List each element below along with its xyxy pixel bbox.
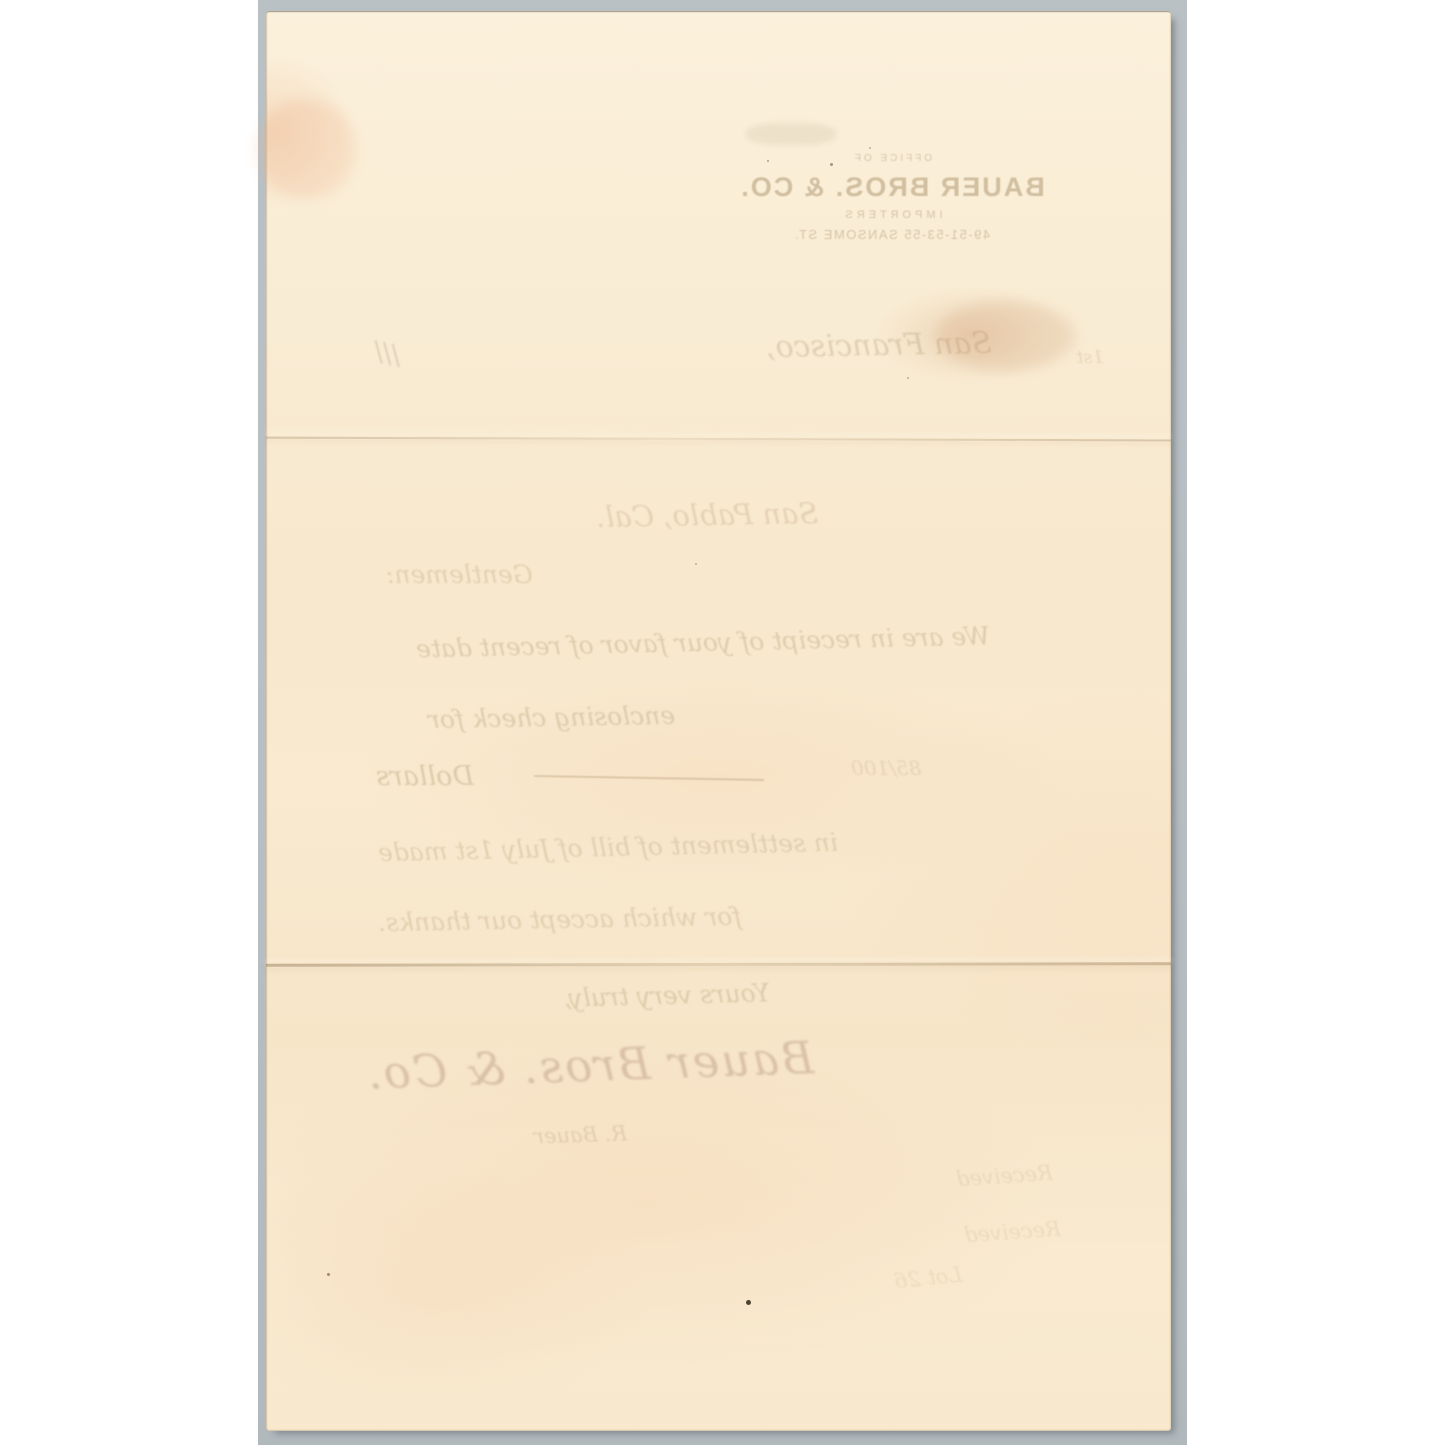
ink-speck [746, 1300, 751, 1305]
closing-ghost: Yours very truly, [564, 978, 771, 1012]
salutation-ghost: Gentlemen: [386, 560, 533, 589]
company-signature-ghost: Bauer Bros. & Co. [365, 1031, 815, 1100]
letterhead-company-name: BAUER BROS. & CO. [692, 172, 1092, 203]
pencil-marks-ghost: /// [371, 337, 403, 372]
body-line4-ghost: for which accept our thanks. [378, 902, 742, 937]
letterhead-importers: IMPORTERS [692, 209, 1092, 221]
letterhead-ghost: OFFICE OF BAUER BROS. & CO. IMPORTERS 49… [692, 153, 1092, 242]
ink-speck [907, 377, 909, 379]
body-line1-ghost: We are in receipt of your favor of recen… [416, 621, 990, 663]
date-mark-ghost: 1st [1076, 347, 1104, 368]
amount-blank-stroke [534, 775, 764, 781]
place-line-ghost: San Pablo, Cal. [596, 496, 819, 534]
body-line3-ghost: in settlement of bill of July 1st made [378, 828, 838, 867]
edge-stain [256, 99, 356, 199]
ghost-line1: Received [955, 1161, 1053, 1192]
ghost-line3: Lot 26 [893, 1262, 964, 1293]
per-signature-ghost: R. Bauer [534, 1121, 628, 1148]
body-line2-ghost: enclosing check for [428, 701, 676, 734]
ghost-line2: Received [963, 1217, 1061, 1248]
letterhead-office-of: OFFICE OF [692, 153, 1092, 164]
brown-stain [936, 301, 1076, 371]
fold-crease-upper [266, 437, 1171, 442]
ink-speck [767, 160, 769, 162]
photo-background: OFFICE OF BAUER BROS. & CO. IMPORTERS 49… [258, 0, 1187, 1445]
letter-paper-back: OFFICE OF BAUER BROS. & CO. IMPORTERS 49… [266, 11, 1171, 1431]
ink-speck [695, 563, 697, 565]
ink-speck [830, 163, 833, 166]
amount-fraction-ghost: 85/100 [851, 756, 921, 780]
letterhead-address: 49-51-53-55 SANSOME ST. [692, 227, 1092, 242]
ink-speck [869, 147, 871, 149]
fold-crease-lower [266, 962, 1171, 967]
ink-speck [327, 1273, 330, 1276]
dollars-word-ghost: Dollars [376, 761, 474, 792]
pencil-smudge [746, 123, 836, 145]
